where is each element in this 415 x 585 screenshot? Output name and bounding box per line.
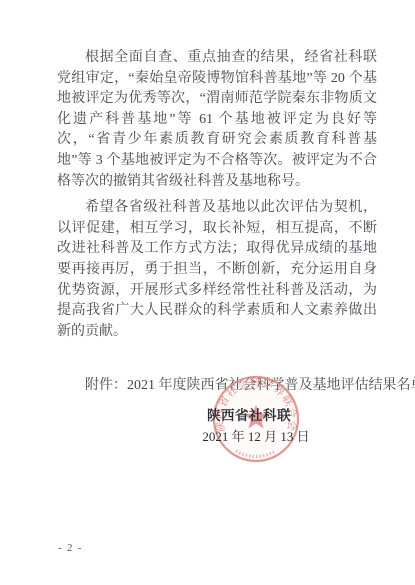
- seal-serial-marks: [236, 451, 276, 457]
- page-number: - 2 -: [58, 543, 83, 554]
- document-page: 根据全面自查、重点抽查的结果，经省社科联党组审定，“秦始皇帝陵博物馆科普基地”等…: [0, 0, 415, 585]
- seal-star-icon: [244, 405, 269, 429]
- signature-date: 2021 年 12 月 13 日: [198, 426, 314, 445]
- paragraph-expectations: 希望各省级社科普及基地以此次评估为契机，以评促建，相互学习，取长补短，相互提高，…: [57, 198, 377, 342]
- document-body: 根据全面自查、重点抽查的结果，经省社科联党组审定，“秦始皇帝陵博物馆科普基地”等…: [57, 48, 377, 397]
- attachment-line: 附件：2021 年度陕西省社会科学普及基地评估结果名单: [57, 376, 377, 397]
- paragraph-evaluation-results: 根据全面自查、重点抽查的结果，经省社科联党组审定，“秦始皇帝陵博物馆科普基地”等…: [57, 48, 377, 192]
- signature-org: 陕西省社科联: [204, 404, 294, 424]
